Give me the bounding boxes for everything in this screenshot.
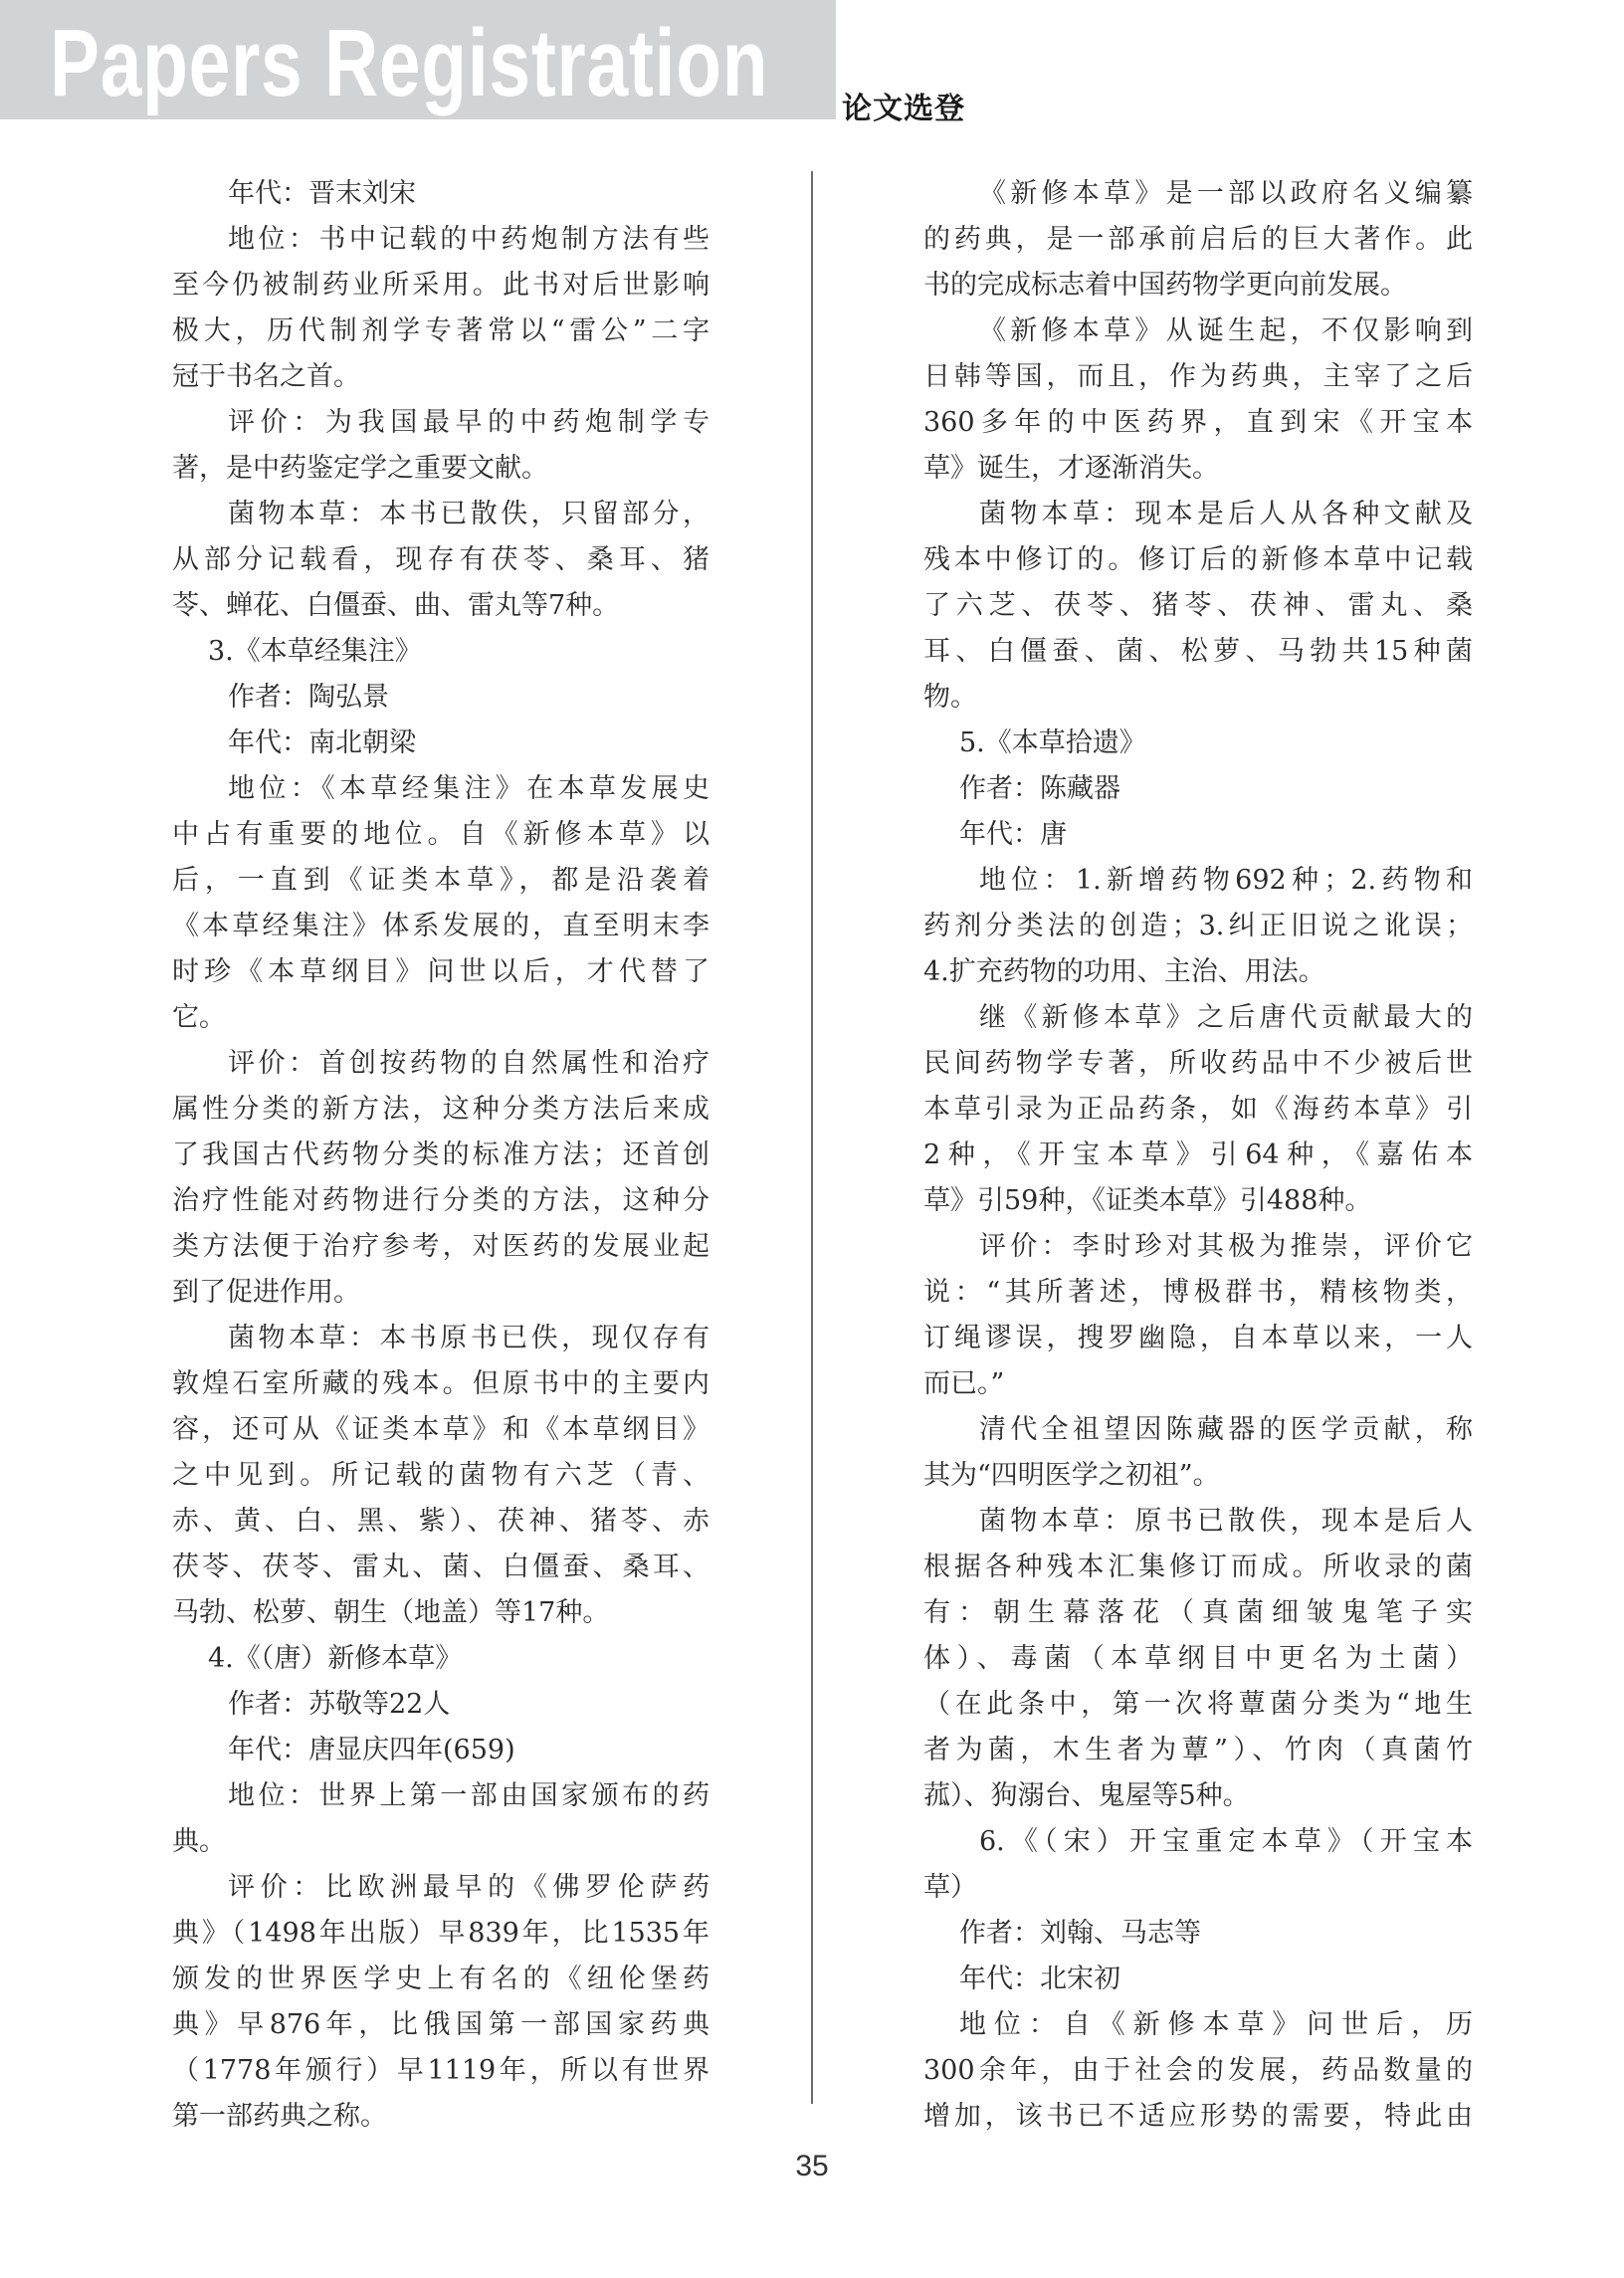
text-line: 它。: [172, 995, 226, 1041]
text-line: 作者：陶弘景: [172, 675, 389, 721]
text-line: 作者：陈藏器: [923, 766, 1120, 812]
text-line: 了我国古代药物分类的标准方法；还首创: [172, 1133, 710, 1178]
text-line: 作者：苏敬等22人: [172, 1682, 450, 1728]
text-line: 清代全祖望因陈藏器的医学贡献，称: [923, 1407, 1473, 1453]
text-line: 菰）、狗溺台、鬼屋等5种。: [923, 1773, 1250, 1819]
text-line: 增加，该书已不适应形势的需要，特此由: [923, 2094, 1473, 2140]
text-line: 属性分类的新方法，这种分类方法后来成: [172, 1087, 710, 1133]
text-line: 年代：南北朝梁: [172, 721, 416, 766]
text-line: 冠于书名之首。: [172, 354, 360, 400]
text-line: 苓、蝉花、白僵蚕、曲、雷丸等7种。: [172, 583, 619, 629]
text-line: 第一部药典之称。: [172, 2094, 387, 2140]
text-line: 评价：比欧洲最早的《佛罗伦萨药: [172, 1865, 710, 1911]
text-line: 根据各种残本汇集修订而成。所收录的菌: [923, 1545, 1473, 1590]
text-line: 极大，历代制剂学专著常以“雷公”二字: [172, 309, 710, 354]
text-line: （在此条中，第一次将蕈菌分类为“地生: [923, 1682, 1473, 1728]
text-line: 菌物本草：本书原书已佚，现仅存有: [172, 1316, 710, 1361]
text-line: 到了促进作用。: [172, 1270, 360, 1316]
text-line: （1778年颁行）早1119年，所以有世界: [172, 2048, 710, 2094]
text-line: 其为“四明医学之初祖”。: [923, 1453, 1220, 1499]
text-line: 300余年，由于社会的发展，药品数量的: [923, 2048, 1473, 2094]
text-line: 的药典，是一部承前启后的巨大著作。此: [923, 217, 1473, 263]
section-title-english: Papers Registration: [50, 8, 768, 119]
text-line: 评价：为我国最早的中药炮制学专: [172, 400, 710, 446]
text-line: 了六芝、茯苓、猪苓、茯神、雷丸、桑: [923, 583, 1473, 629]
text-line: 年代：晋末刘宋: [172, 171, 416, 217]
text-line: 继《新修本草》之后唐代贡献最大的: [923, 995, 1473, 1041]
text-line: 地位：1.新增药物692种；2.药物和: [923, 858, 1473, 904]
text-line: 说：“其所著述，博极群书，精核物类，: [923, 1270, 1473, 1316]
text-line: 耳、白僵蚕、菌、松萝、马勃共15种菌: [923, 629, 1473, 675]
text-line: 者为菌，木生者为蕈”）、竹肉（真菌竹: [923, 1728, 1473, 1773]
text-line: 类方法便于治疗参考，对医药的发展业起: [172, 1224, 710, 1270]
text-line: 评价：首创按药物的自然属性和治疗: [172, 1041, 710, 1087]
column-divider: [811, 171, 813, 2104]
text-line: 日韩等国，而且，作为药典，主宰了之后: [923, 354, 1473, 400]
text-line: 颁发的世界医学史上有名的《纽伦堡药: [172, 1957, 710, 2002]
text-line: 4.《（唐）新修本草》: [172, 1636, 462, 1682]
text-line: 后，一直到《证类本草》，都是沿袭着: [172, 858, 710, 904]
text-line: 敦煌石室所藏的残本。但原书中的主要内: [172, 1361, 710, 1407]
text-line: 物。: [923, 675, 977, 721]
text-line: 地位：书中记载的中药炮制方法有些: [172, 217, 710, 263]
text-line: 赤、黄、白、黑、紫）、茯神、猪苓、赤: [172, 1499, 710, 1545]
text-line: 药剂分类法的创造；3.纠正旧说之讹误；: [923, 904, 1473, 949]
text-line: 年代：北宋初: [923, 1957, 1120, 2002]
text-line: 从部分记载看，现存有茯苓、桑耳、猪: [172, 537, 710, 583]
text-line: 典》早876年，比俄国第一部国家药典: [172, 2002, 710, 2048]
text-line: 《本草经集注》体系发展的，直至明末李: [172, 904, 710, 949]
text-line: 2种，《开宝本草》引64种，《嘉佑本: [923, 1133, 1473, 1178]
text-line: 书的完成标志着中国药物学更向前发展。: [923, 263, 1407, 309]
text-line: 作者：刘翰、马志等: [923, 1911, 1201, 1957]
text-line: 体）、毒菌（本草纲目中更名为土菌）: [923, 1636, 1473, 1682]
text-line: 《新修本草》从诞生起，不仅影响到: [923, 309, 1473, 354]
text-line: 4.扩充药物的功用、主治、用法。: [923, 949, 1325, 995]
text-line: 评价：李时珍对其极为推崇，评价它: [923, 1224, 1473, 1270]
text-line: 地位：世界上第一部由国家颁布的药: [172, 1773, 710, 1819]
text-line: 至今仍被制药业所采用。此书对后世影响: [172, 263, 710, 309]
text-line: 5.《本草拾遗》: [923, 721, 1146, 766]
text-line: 6.《（宋）开宝重定本草》（开宝本: [923, 1819, 1473, 1865]
text-line: 年代：唐显庆四年(659): [172, 1728, 515, 1773]
text-line: 地位：自《新修本草》问世后，历: [923, 2002, 1473, 2048]
text-line: 年代：唐: [923, 812, 1067, 858]
section-title-chinese: 论文选登: [842, 84, 965, 127]
text-line: 茯苓、茯苓、雷丸、菌、白僵蚕、桑耳、: [172, 1545, 710, 1590]
text-line: 典》（1498年出版）早839年，比1535年: [172, 1911, 710, 1957]
text-line: 《新修本草》是一部以政府名义编纂: [923, 171, 1473, 217]
text-line: 菌物本草：原书已散佚，现本是后人: [923, 1499, 1473, 1545]
text-line: 菌物本草：本书已散佚，只留部分，: [172, 492, 710, 537]
text-line: 著，是中药鉴定学之重要文献。: [172, 446, 548, 492]
text-line: 马勃、松萝、朝生（地盖）等17种。: [172, 1590, 609, 1636]
text-line: 360多年的中医药界，直到宋《开宝本: [923, 400, 1473, 446]
text-line: 之中见到。所记载的菌物有六芝（青、: [172, 1453, 710, 1499]
text-line: 而已。”: [923, 1361, 1004, 1407]
page-number: 35: [0, 2150, 1624, 2183]
text-line: 3.《本草经集注》: [172, 629, 422, 675]
text-line: 民间药物学专著，所收药品中不少被后世: [923, 1041, 1473, 1087]
text-line: 残本中修订的。修订后的新修本草中记载: [923, 537, 1473, 583]
text-line: 本草引录为正品药条，如《海药本草》引: [923, 1087, 1473, 1133]
text-line: 治疗性能对药物进行分类的方法，这种分: [172, 1178, 710, 1224]
text-line: 订绳谬误，搜罗幽隐，自本草以来，一人: [923, 1316, 1473, 1361]
text-line: 时珍《本草纲目》问世以后，才代替了: [172, 949, 710, 995]
text-line: 地位：《本草经集注》在本草发展史: [172, 766, 710, 812]
text-line: 草》引59种，《证类本草》引488种。: [923, 1178, 1371, 1224]
text-line: 草》诞生，才逐渐消失。: [923, 446, 1219, 492]
text-line: 菌物本草：现本是后人从各种文献及: [923, 492, 1473, 537]
text-line: 中占有重要的地位。自《新修本草》以: [172, 812, 710, 858]
text-line: 典。: [172, 1819, 226, 1865]
text-line: 容，还可从《证类本草》和《本草纲目》: [172, 1407, 710, 1453]
text-line: 有：朝生幕落花（真菌细皱鬼笔子实: [923, 1590, 1473, 1636]
text-line: 草）: [923, 1865, 977, 1911]
